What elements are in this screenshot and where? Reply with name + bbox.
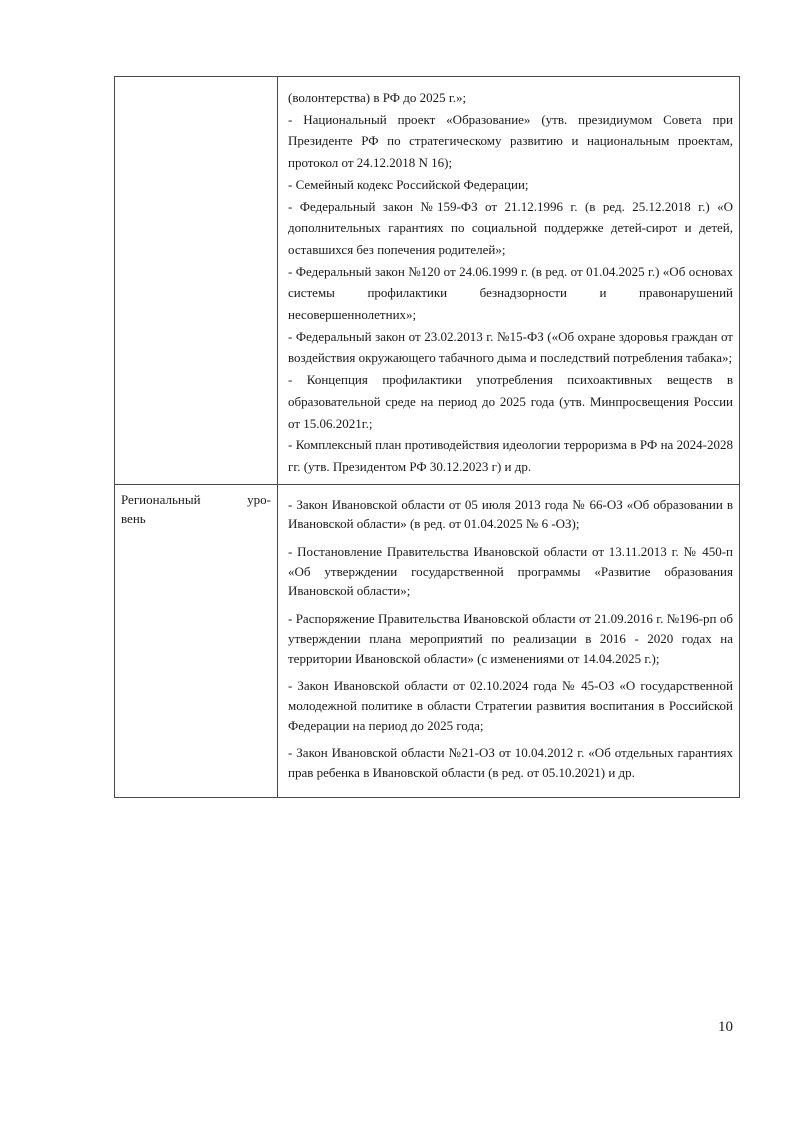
document-item: - Федеральный закон от 23.02.2013 г. №15… <box>288 326 733 369</box>
level-cell-regional: Региональный уро- вень <box>115 484 278 797</box>
level-label-word: Региональный <box>121 490 201 509</box>
document-item: - Национальный проект «Образование» (утв… <box>288 109 733 174</box>
document-item: - Распоряжение Правительства Ивановской … <box>288 609 733 668</box>
documents-cell-regional: - Закон Ивановской области от 05 июля 20… <box>278 484 740 797</box>
legal-basis-table: (волонтерства) в РФ до 2025 г.»; - Нацио… <box>114 76 740 798</box>
page-number: 10 <box>718 1019 733 1036</box>
document-item: - Концепция профилактики употребления пс… <box>288 369 733 434</box>
document-item: - Закон Ивановской области от 02.10.2024… <box>288 676 733 735</box>
document-item: - Закон Ивановской области от 05 июля 20… <box>288 495 733 534</box>
document-item: - Комплексный план противодействия идеол… <box>288 434 733 477</box>
documents-cell-federal: (волонтерства) в РФ до 2025 г.»; - Нацио… <box>278 77 740 485</box>
document-item: - Семейный кодекс Российской Федерации; <box>288 174 733 196</box>
level-label-hyphen-part: уро- <box>247 490 271 509</box>
document-item: - Закон Ивановской области №21-ОЗ от 10.… <box>288 743 733 782</box>
document-item: - Постановление Правительства Ивановской… <box>288 542 733 601</box>
level-cell-federal <box>115 77 278 485</box>
table-row-regional: Региональный уро- вень - Закон Ивановско… <box>115 484 740 797</box>
level-label-continuation: вень <box>121 509 271 528</box>
document-item: - Федеральный закон №159-ФЗ от 21.12.199… <box>288 196 733 261</box>
document-page: (волонтерства) в РФ до 2025 г.»; - Нацио… <box>0 0 794 1123</box>
level-label: Региональный уро- вень <box>115 485 277 528</box>
table-row-federal: (волонтерства) в РФ до 2025 г.»; - Нацио… <box>115 77 740 485</box>
document-item: (волонтерства) в РФ до 2025 г.»; <box>288 87 733 109</box>
document-item: - Федеральный закон №120 от 24.06.1999 г… <box>288 261 733 326</box>
